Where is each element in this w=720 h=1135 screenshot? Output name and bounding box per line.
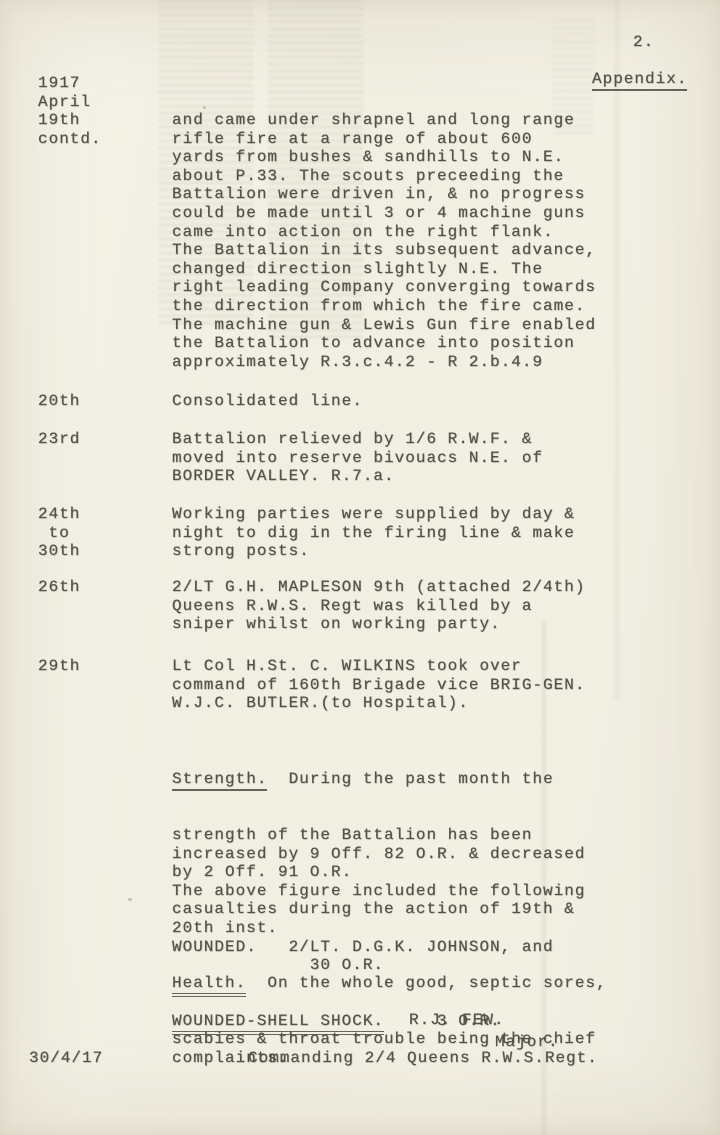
entry-date: 20th bbox=[38, 392, 80, 411]
paper-speck bbox=[128, 898, 132, 901]
health-first-line: Health. On the whole good, septic sores, bbox=[172, 974, 607, 993]
paper-speck bbox=[203, 106, 206, 109]
strength-heading: Strength. bbox=[172, 770, 267, 791]
appendix-heading: Appendix. bbox=[592, 70, 687, 89]
signature-date: 30/4/17 bbox=[29, 1049, 103, 1068]
entry-body: Consolidated line. bbox=[172, 392, 363, 411]
strength-first-line: Strength. During the past month the bbox=[172, 770, 585, 789]
entry-body: 2/LT G.H. MAPLESON 9th (attached 2/4th) … bbox=[172, 578, 585, 634]
health-heading: Health. bbox=[172, 974, 246, 997]
entry-date: 29th bbox=[38, 657, 80, 676]
entry-date: 23rd bbox=[38, 430, 80, 449]
health-section: Health. On the whole good, septic sores,… bbox=[172, 937, 607, 1104]
entry-date: 1917 April 19th contd. bbox=[38, 74, 102, 148]
entry-body: Working parties were supplied by day & n… bbox=[172, 505, 575, 561]
signature-name: R.J. FEW. bbox=[409, 1011, 504, 1030]
entry-date: 24th to 30th bbox=[38, 505, 80, 561]
appendix-label: Appendix. bbox=[592, 70, 687, 91]
entry-date: 26th bbox=[38, 578, 80, 597]
strength-heading-rest: During the past month the bbox=[267, 770, 553, 788]
health-heading-rest: On the whole good, septic sores, bbox=[246, 974, 606, 992]
page-number: 2. bbox=[633, 33, 654, 52]
paper-crease bbox=[612, 0, 622, 700]
entry-body: Lt Col H.St. C. WILKINS took over comman… bbox=[172, 657, 585, 713]
entry-body: Battalion relieved by 1/6 R.W.F. & moved… bbox=[172, 430, 543, 486]
entry-body: and came under shrapnel and long range r… bbox=[172, 111, 596, 371]
signature-unit: Commanding 2/4 Queens R.W.S.Regt. bbox=[248, 1049, 598, 1068]
document-page: 2. Appendix. 1917 April 19th contd. and … bbox=[0, 0, 720, 1135]
